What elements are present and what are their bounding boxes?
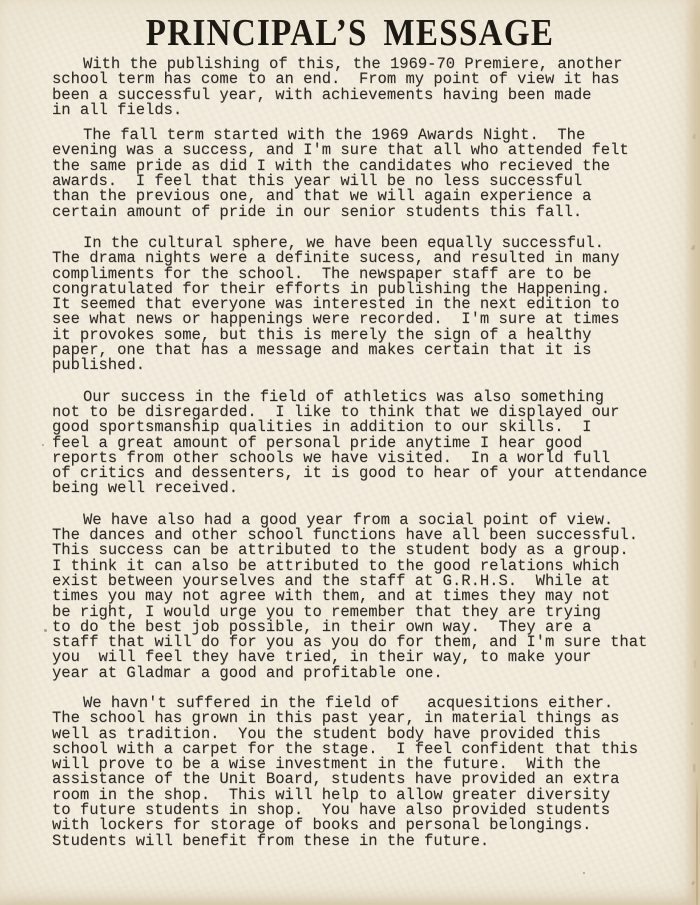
paragraph-awards: The fall term started with the 1969 Awar… (52, 128, 700, 220)
paragraph-cultural: In the cultural sphere, we have been equ… (52, 236, 700, 374)
paragraph-athletics: Our success in the field of athletics wa… (52, 390, 700, 497)
page-title: PRINCIPAL’S MESSAGE (46, 13, 655, 55)
message-body: With the publishing of this, the 1969-70… (52, 57, 700, 849)
page-bottom-shadow (0, 896, 700, 905)
stray-ink-dot (42, 444, 44, 446)
paragraph-acquisitions: We havn't suffered in the field of acque… (52, 696, 700, 849)
paragraph-intro: With the publishing of this, the 1969-70… (52, 57, 700, 118)
stray-ink-dot (44, 629, 47, 632)
scanned-yearbook-page: PRINCIPAL’S MESSAGE With the publishing … (0, 0, 700, 905)
scan-speck (694, 5, 699, 10)
scan-speck (691, 881, 696, 886)
stray-ink-dot (583, 872, 585, 874)
paragraph-social: We have also had a good year from a soci… (52, 513, 700, 681)
